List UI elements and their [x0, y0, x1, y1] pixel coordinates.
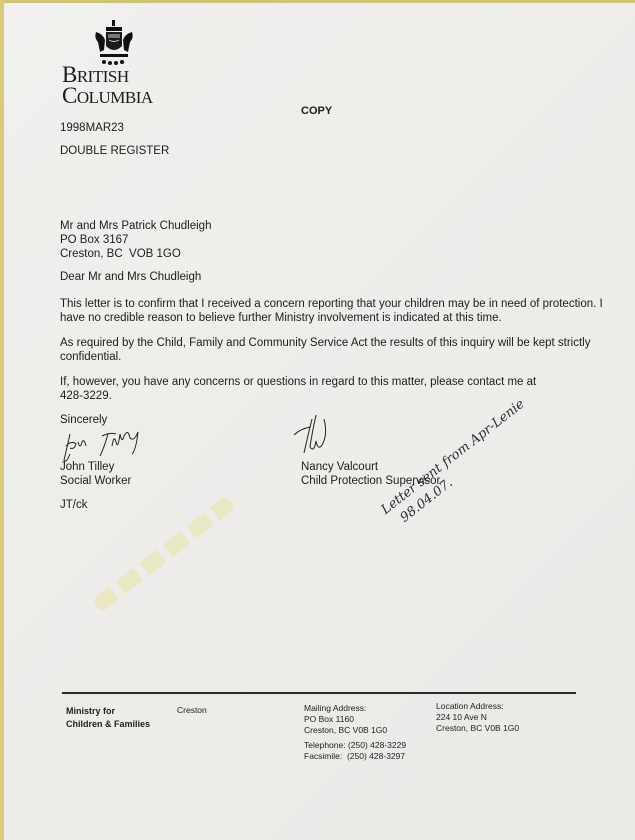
recipient-address: Mr and Mrs Patrick Chudleigh PO Box 3167…	[60, 219, 211, 261]
footer-rule	[62, 692, 576, 694]
signatory-1-name: John Tilley	[60, 460, 131, 474]
footer-location-address: Location Address: 224 10 Ave N Creston, …	[436, 701, 519, 734]
recipient-address-line1: PO Box 3167	[60, 233, 211, 247]
footer-telephone: Telephone: (250) 428-3229	[304, 740, 406, 751]
recipient-address-line2: Creston, BC VOB 1GO	[60, 247, 211, 261]
body-paragraph-1: This letter is to confirm that I receive…	[60, 297, 620, 325]
location-line1: 224 10 Ave N	[436, 712, 519, 723]
location-line2: Creston, BC V0B 1G0	[436, 723, 519, 734]
letter-date: 1998MAR23	[60, 121, 124, 135]
mailing-line1: PO Box 1160	[304, 714, 406, 725]
signatory-1-title: Social Worker	[60, 474, 131, 488]
footer-mailing-address: Mailing Address: PO Box 1160 Creston, BC…	[304, 703, 406, 762]
recipient-name: Mr and Mrs Patrick Chudleigh	[60, 219, 211, 233]
closing: Sincerely	[60, 413, 107, 427]
org-name: BRITISHCOLUMBIA	[62, 66, 153, 108]
ministry-line1: Ministry for	[66, 705, 150, 718]
footer-ministry: Ministry for Children & Families	[66, 705, 150, 731]
mailing-label: Mailing Address:	[304, 703, 406, 714]
delivery-method: DOUBLE REGISTER	[60, 144, 169, 158]
footer-office: Creston	[177, 705, 207, 716]
body-paragraph-2: As required by the Child, Family and Com…	[60, 336, 600, 364]
location-label: Location Address:	[436, 701, 519, 712]
ministry-line2: Children & Families	[66, 718, 150, 731]
signature-nancy-valcourt	[290, 413, 350, 465]
signatory-1: John Tilley Social Worker	[60, 460, 131, 488]
salutation: Dear Mr and Mrs Chudleigh	[60, 270, 201, 284]
body-paragraph-3: If, however, you have any concerns or qu…	[60, 375, 560, 403]
footer-facsimile: Facsimile: (250) 428-3297	[304, 751, 406, 762]
coat-of-arms-icon	[92, 20, 136, 70]
copy-stamp: COPY	[301, 104, 332, 118]
typist-initials: JT/ck	[60, 498, 87, 512]
mailing-line2: Creston, BC V0B 1G0	[304, 725, 406, 736]
